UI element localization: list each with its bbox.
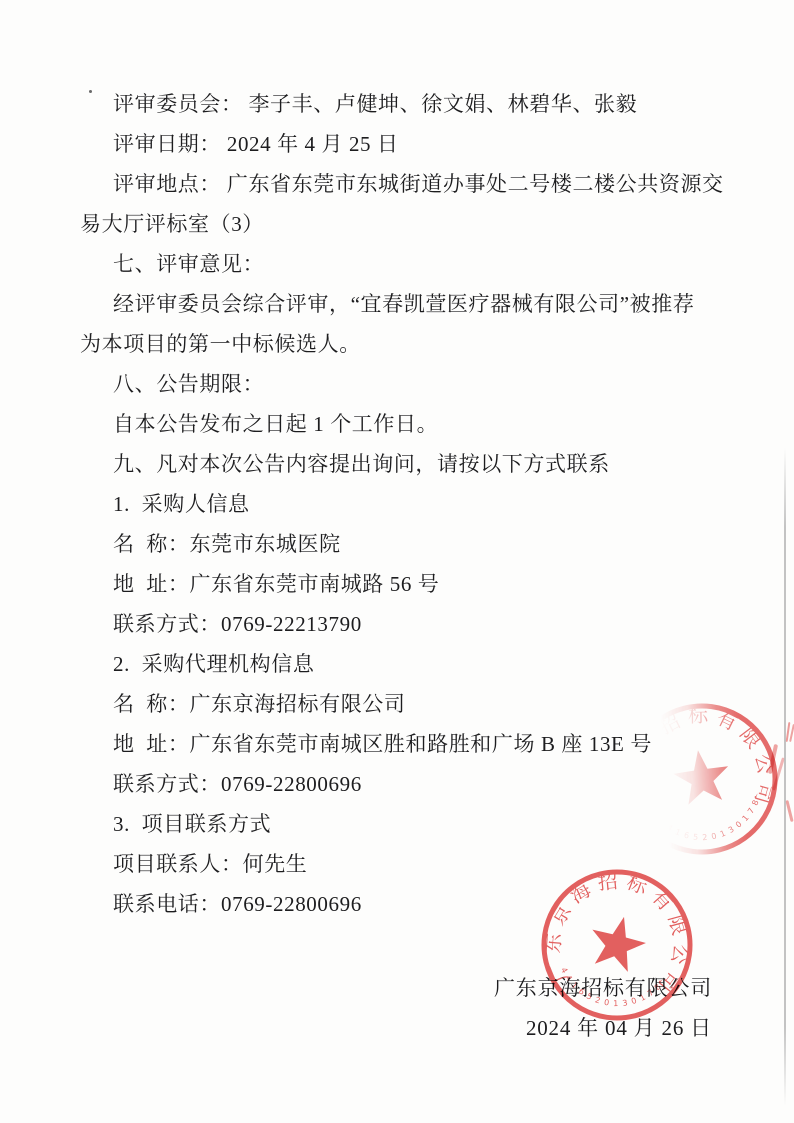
body-line: 评审委员会： 李子丰、卢健坤、徐文娟、林碧华、张毅	[80, 84, 764, 124]
seal-ink-smudge	[768, 744, 778, 774]
body-line: 易大厅评标室（3）	[80, 204, 764, 244]
seal-ink-fragment	[789, 724, 794, 742]
body-line: 3. 项目联系方式	[80, 804, 764, 844]
document-body: 评审委员会： 李子丰、卢健坤、徐文娟、林碧华、张毅评审日期： 2024 年 4 …	[80, 84, 764, 924]
body-line: 评审日期： 2024 年 4 月 25 日	[80, 124, 764, 164]
body-line: 经评审委员会综合评审，“宜春凯萱医疗器械有限公司”被推荐	[80, 284, 764, 324]
body-line: 名 称：东莞市东城医院	[80, 524, 764, 564]
body-line: 九、凡对本次公告内容提出询问，请按以下方式联系	[80, 444, 764, 484]
signature-date: 2024 年 04 月 26 日	[526, 1016, 712, 1040]
body-line: 联系电话：0769-22800696	[80, 884, 764, 924]
scanned-document-page: 评审委员会： 李子丰、卢健坤、徐文娟、林碧华、张毅评审日期： 2024 年 4 …	[0, 0, 794, 1123]
body-line: 地 址：广东省东莞市南城区胜和路胜和广场 B 座 13E 号	[80, 724, 764, 764]
seal-ink-fragment	[785, 800, 793, 822]
body-line: 七、评审意见：	[80, 244, 764, 284]
body-line: 项目联系人：何先生	[80, 844, 764, 884]
scan-edge-line	[784, 448, 786, 1106]
body-line: 评审地点： 广东省东莞市东城街道办事处二号楼二楼公共资源交	[80, 164, 764, 204]
scan-speck	[89, 90, 92, 93]
body-line: 自本公告发布之日起 1 个工作日。	[80, 404, 764, 444]
body-line: 地 址：广东省东莞市南城路 56 号	[80, 564, 764, 604]
body-line: 联系方式：0769-22800696	[80, 764, 764, 804]
signature-company-name: 广东京海招标有限公司	[494, 976, 712, 1000]
body-line: 1. 采购人信息	[80, 484, 764, 524]
body-line: 名 称：广东京海招标有限公司	[80, 684, 764, 724]
body-line: 联系方式：0769-22213790	[80, 604, 764, 644]
body-line: 2. 采购代理机构信息	[80, 644, 764, 684]
body-line: 为本项目的第一中标候选人。	[80, 324, 764, 364]
body-line: 八、公告期限：	[80, 364, 764, 404]
